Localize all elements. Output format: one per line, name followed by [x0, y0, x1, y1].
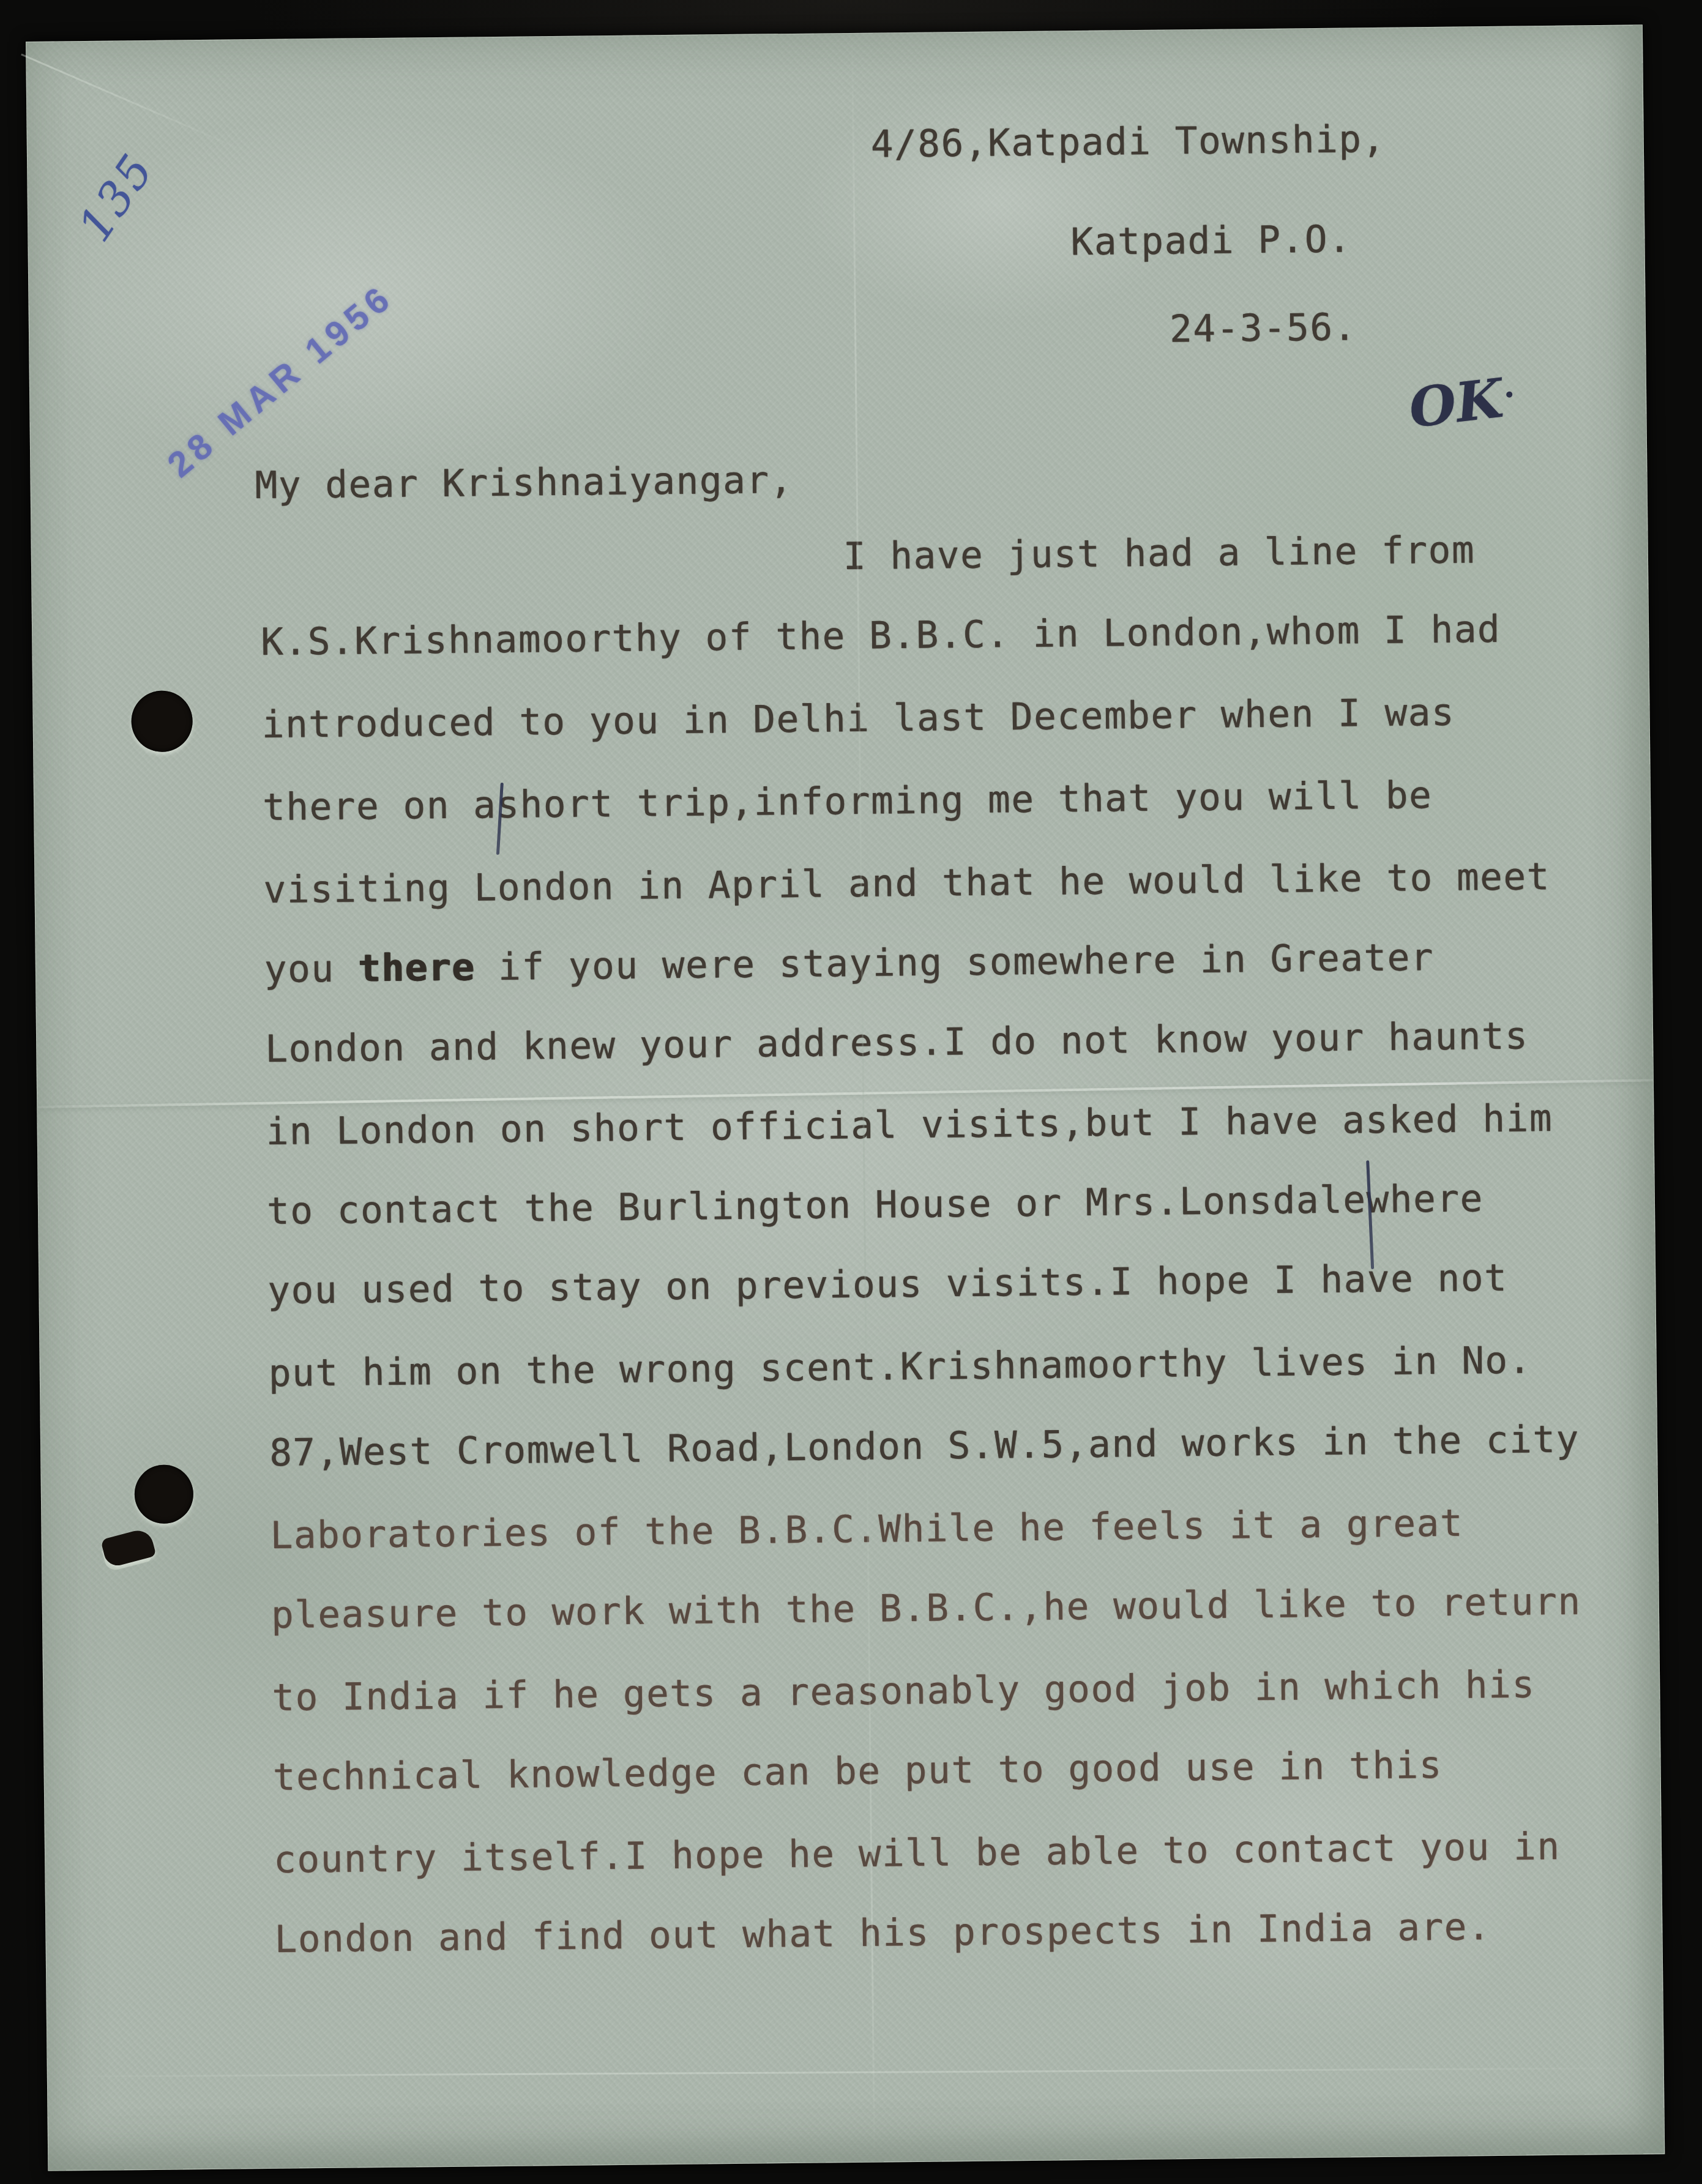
body-line-13: pleasure to work with the B.B.C.,he woul…: [271, 1581, 1581, 1638]
body-line-2: introduced to you in Delhi last December…: [261, 691, 1455, 747]
body-line-17: London and find out what his prospects i…: [274, 1906, 1491, 1961]
body-line-8: to contact the Burlington House or Mrs.L…: [267, 1177, 1484, 1233]
body-line-9: you used to stay on previous visits.I ho…: [267, 1257, 1508, 1313]
body-line-15: technical knowledge can be put to good u…: [272, 1744, 1443, 1799]
body-line-6: London and knew your address.I do not kn…: [265, 1015, 1529, 1071]
body-line-1: K.S.Krishnamoorthy of the B.B.C. in Lond…: [261, 608, 1501, 664]
sender-address-line-1: 4/86,Katpadi Township,: [870, 118, 1386, 166]
sender-address-line-2: Katpadi P.O.: [1070, 218, 1351, 264]
punch-hole-bottom: [134, 1464, 193, 1524]
archive-number-annotation: 135: [69, 144, 165, 251]
body-line-4: visiting London in April and that he wou…: [263, 855, 1550, 912]
body-line-5: you there if you were staying somewhere …: [264, 936, 1435, 991]
body-line-12: Laboratories of the B.B.C.While he feels…: [270, 1502, 1463, 1558]
letter-page: 135 28 MAR 1956 OK 4/86,Katpadi Township…: [26, 24, 1665, 2171]
body-line-14: to India if he gets a reasonably good jo…: [272, 1663, 1536, 1720]
overstruck-word: there: [357, 945, 475, 990]
punch-hole-top: [131, 690, 193, 752]
received-date-stamp: 28 MAR 1956: [160, 276, 401, 486]
ok-annotation: OK: [1406, 366, 1506, 440]
body-line-11: 87,West Cromwell Road,London S.W.5,and w…: [269, 1418, 1580, 1475]
ok-annotation-dot: [1506, 392, 1512, 398]
body-line-7: in London on short official visits,but I…: [266, 1097, 1553, 1153]
paper-tear: [100, 1527, 156, 1568]
body-line-10: put him on the wrong scent.Krishnamoorth…: [268, 1339, 1532, 1395]
lower-fold-crease: [48, 2067, 1663, 2078]
body-line-5-pre: you: [264, 947, 359, 991]
letter-date: 24-3-56.: [1170, 306, 1357, 351]
corner-crease: [21, 54, 302, 177]
body-line-5-post: if you were staying somewhere in Greater: [475, 936, 1435, 989]
body-line-16: country itself.I hope he will be able to…: [274, 1825, 1561, 1882]
salutation: My dear Krishnaiyangar,: [255, 459, 793, 507]
opening-line: I have just had a line from: [843, 529, 1476, 578]
body-line-3: there on ashort trip,informing me that y…: [263, 774, 1433, 829]
